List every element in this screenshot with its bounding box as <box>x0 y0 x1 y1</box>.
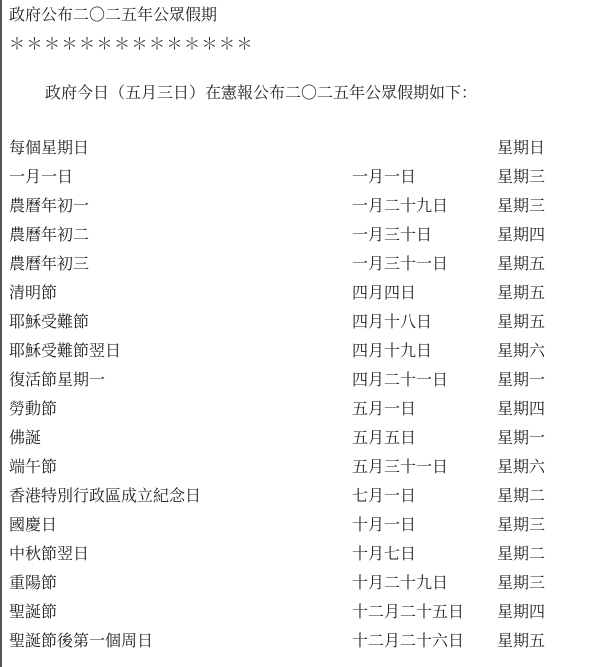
intro-paragraph: 政府今日（五月三日）在憲報公布二〇二五年公眾假期如下： <box>45 82 477 104</box>
holiday-date: 四月十八日 <box>352 311 432 333</box>
holiday-date: 十二月二十六日 <box>352 630 464 652</box>
page-left-border <box>0 0 2 667</box>
holiday-name: 每個星期日 <box>9 137 89 159</box>
holiday-date: 十二月二十五日 <box>352 601 464 623</box>
holiday-date: 五月一日 <box>352 398 416 420</box>
holiday-row: 勞動節 五月一日 星期四 <box>9 398 589 427</box>
holiday-weekday: 星期六 <box>497 340 545 362</box>
holiday-weekday: 星期三 <box>497 166 545 188</box>
document-title: 政府公布二〇二五年公眾假期 <box>9 4 217 26</box>
holiday-name: 勞動節 <box>9 398 57 420</box>
holiday-date: 十月二十九日 <box>352 572 448 594</box>
holiday-weekday: 星期一 <box>497 369 545 391</box>
holiday-name: 重陽節 <box>9 572 57 594</box>
holiday-row: 端午節 五月三十一日 星期六 <box>9 456 589 485</box>
holiday-row: 聖誕節後第一個周日 十二月二十六日 星期五 <box>9 630 589 659</box>
holiday-weekday: 星期四 <box>497 398 545 420</box>
holiday-date: 四月四日 <box>352 282 416 304</box>
holiday-weekday: 星期四 <box>497 601 545 623</box>
holiday-row: 佛誕 五月五日 星期一 <box>9 427 589 456</box>
holiday-weekday: 星期二 <box>497 543 545 565</box>
holiday-row: 重陽節 十月二十九日 星期三 <box>9 572 589 601</box>
holiday-date: 十月七日 <box>352 543 416 565</box>
holiday-weekday: 星期三 <box>497 514 545 536</box>
holiday-name: 聖誕節後第一個周日 <box>9 630 153 652</box>
holiday-name: 農曆年初一 <box>9 195 89 217</box>
holiday-name: 農曆年初二 <box>9 224 89 246</box>
holiday-row: 農曆年初二 一月三十日 星期四 <box>9 224 589 253</box>
holiday-name: 國慶日 <box>9 514 57 536</box>
holiday-weekday: 星期一 <box>497 427 545 449</box>
holiday-weekday: 星期五 <box>497 311 545 333</box>
holiday-row: 復活節星期一 四月二十一日 星期一 <box>9 369 589 398</box>
holiday-name: 清明節 <box>9 282 57 304</box>
holiday-weekday: 星期五 <box>497 253 545 275</box>
holiday-row: 聖誕節 十二月二十五日 星期四 <box>9 601 589 630</box>
holiday-date: 一月三十日 <box>352 224 432 246</box>
holiday-weekday: 星期日 <box>497 137 545 159</box>
holiday-row: 中秋節翌日 十月七日 星期二 <box>9 543 589 572</box>
holiday-name: 耶穌受難節翌日 <box>9 340 121 362</box>
holiday-row: 農曆年初三 一月三十一日 星期五 <box>9 253 589 282</box>
holiday-row: 耶穌受難節 四月十八日 星期五 <box>9 311 589 340</box>
holiday-list: 每個星期日 星期日 一月一日 一月一日 星期三 農曆年初一 一月二十九日 星期三… <box>9 137 589 659</box>
holiday-row: 耶穌受難節翌日 四月十九日 星期六 <box>9 340 589 369</box>
title-separator: ＊＊＊＊＊＊＊＊＊＊＊＊＊＊ <box>9 33 254 55</box>
holiday-row: 香港特別行政區成立紀念日 七月一日 星期二 <box>9 485 589 514</box>
holiday-weekday: 星期三 <box>497 195 545 217</box>
holiday-date: 五月三十一日 <box>352 456 448 478</box>
holiday-row: 國慶日 十月一日 星期三 <box>9 514 589 543</box>
holiday-date: 五月五日 <box>352 427 416 449</box>
holiday-name: 農曆年初三 <box>9 253 89 275</box>
holiday-name: 中秋節翌日 <box>9 543 89 565</box>
holiday-name: 香港特別行政區成立紀念日 <box>9 485 201 507</box>
holiday-weekday: 星期五 <box>497 282 545 304</box>
holiday-name: 復活節星期一 <box>9 369 105 391</box>
holiday-name: 端午節 <box>9 456 57 478</box>
holiday-row: 農曆年初一 一月二十九日 星期三 <box>9 195 589 224</box>
holiday-weekday: 星期二 <box>497 485 545 507</box>
holiday-date: 四月十九日 <box>352 340 432 362</box>
holiday-row: 一月一日 一月一日 星期三 <box>9 166 589 195</box>
holiday-row: 清明節 四月四日 星期五 <box>9 282 589 311</box>
holiday-name: 聖誕節 <box>9 601 57 623</box>
holiday-row: 每個星期日 星期日 <box>9 137 589 166</box>
holiday-name: 一月一日 <box>9 166 73 188</box>
holiday-weekday: 星期五 <box>497 630 545 652</box>
holiday-name: 佛誕 <box>9 427 41 449</box>
holiday-weekday: 星期六 <box>497 456 545 478</box>
holiday-weekday: 星期三 <box>497 572 545 594</box>
holiday-date: 一月二十九日 <box>352 195 448 217</box>
holiday-date: 四月二十一日 <box>352 369 448 391</box>
holiday-date: 十月一日 <box>352 514 416 536</box>
holiday-name: 耶穌受難節 <box>9 311 89 333</box>
holiday-date: 一月一日 <box>352 166 416 188</box>
holiday-date: 一月三十一日 <box>352 253 448 275</box>
holiday-date: 七月一日 <box>352 485 416 507</box>
holiday-weekday: 星期四 <box>497 224 545 246</box>
